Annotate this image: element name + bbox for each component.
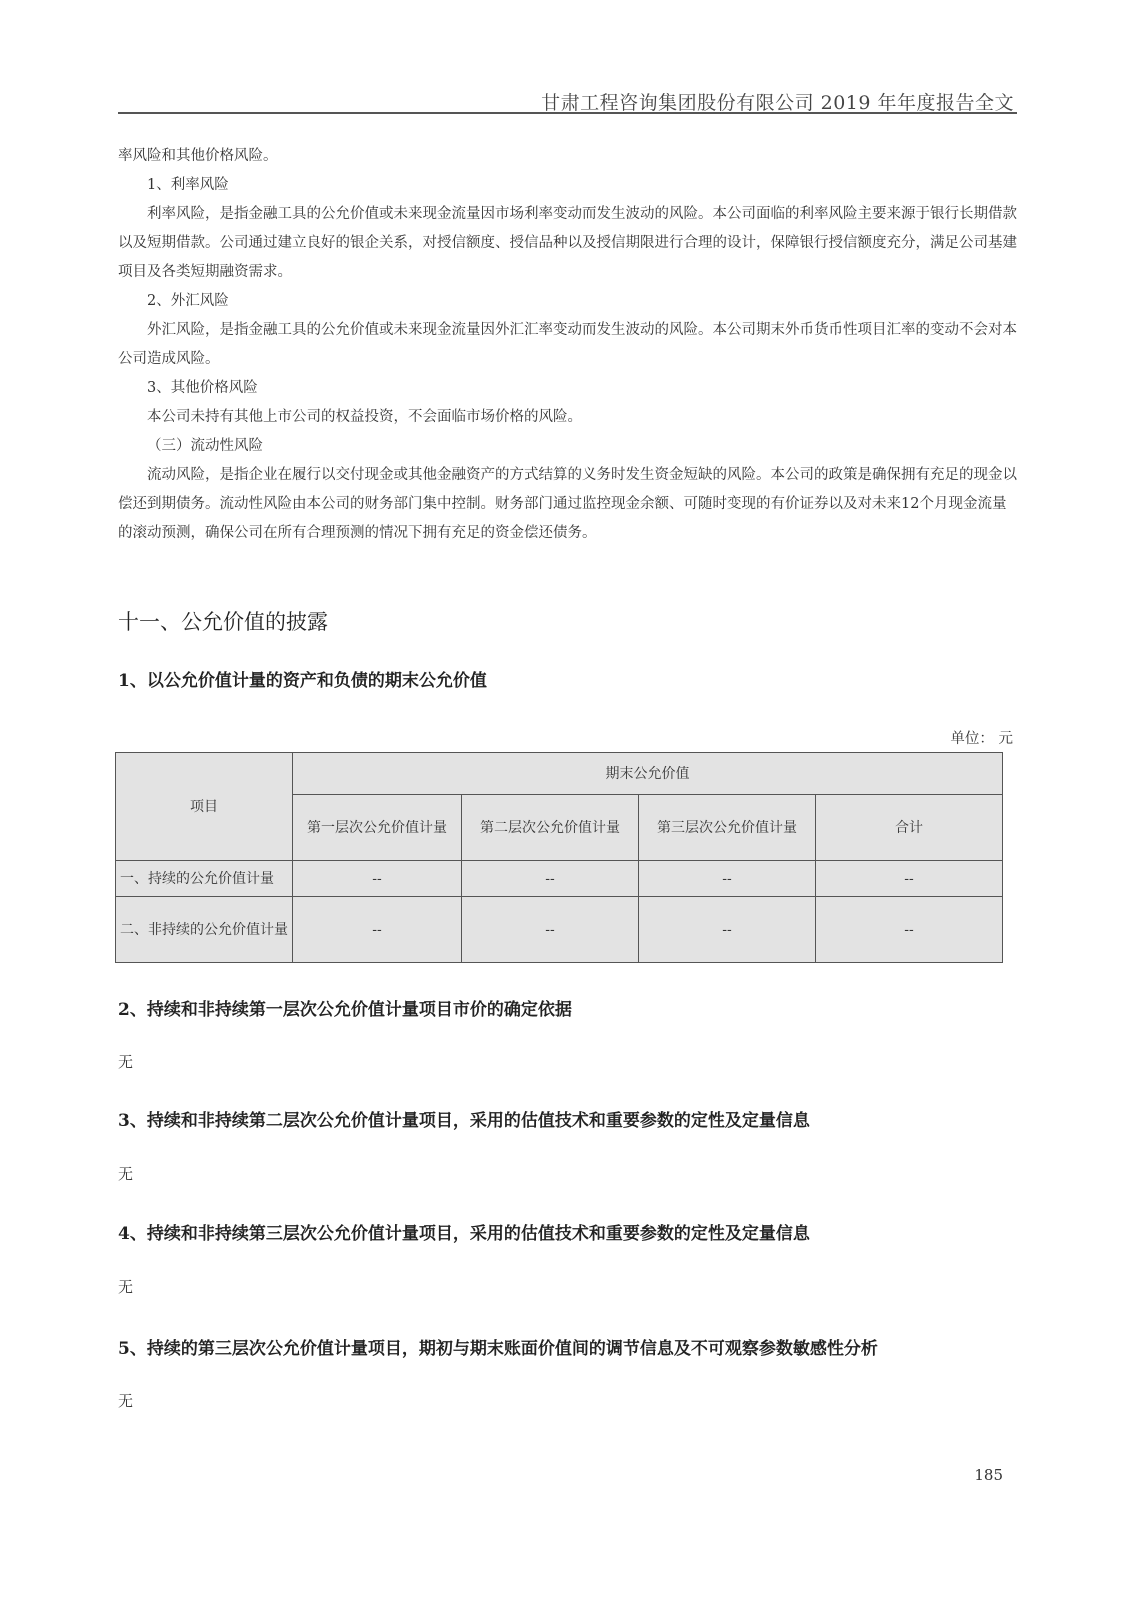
risk-subheading-liquidity: （三）流动性风险 bbox=[118, 432, 1018, 461]
cell-value: -- bbox=[816, 861, 1003, 897]
table-row: 一、持续的公允价值计量 -- -- -- -- bbox=[116, 861, 1003, 897]
risk-paragraph-fx: 外汇风险，是指金融工具的公允价值或未来现金流量因外汇汇率变动而发生波动的风险。本… bbox=[118, 316, 1018, 374]
cell-value: -- bbox=[293, 861, 462, 897]
row-label: 二、非持续的公允价值计量 bbox=[116, 897, 293, 963]
table-header-group: 期末公允价值 bbox=[293, 753, 1003, 795]
cell-value: -- bbox=[462, 897, 639, 963]
risk-subheading-interest: 1、利率风险 bbox=[118, 171, 1018, 200]
cell-value: -- bbox=[293, 897, 462, 963]
unit-label: 单位： 元 bbox=[950, 727, 1013, 748]
subsection-body-3: 无 bbox=[118, 1163, 133, 1184]
page-number: 185 bbox=[974, 1466, 1003, 1484]
table-header-level2: 第二层次公允价值计量 bbox=[462, 795, 639, 861]
risk-section: 率风险和其他价格风险。 1、利率风险 利率风险，是指金融工具的公允价值或未来现金… bbox=[118, 142, 1018, 548]
cell-value: -- bbox=[816, 897, 1003, 963]
risk-subheading-fx: 2、外汇风险 bbox=[118, 287, 1018, 316]
risk-paragraph-other-price: 本公司未持有其他上市公司的权益投资，不会面临市场价格的风险。 bbox=[118, 403, 1018, 432]
section-title: 十一、公允价值的披露 bbox=[118, 606, 328, 636]
risk-paragraph-interest: 利率风险，是指金融工具的公允价值或未来现金流量因市场利率变动而发生波动的风险。本… bbox=[118, 200, 1018, 287]
risk-paragraph-liquidity: 流动风险，是指企业在履行以交付现金或其他金融资产的方式结算的义务时发生资金短缺的… bbox=[118, 461, 1018, 548]
table-header-item: 项目 bbox=[116, 753, 293, 861]
table-header-level3: 第三层次公允价值计量 bbox=[639, 795, 816, 861]
subsection-body-2: 无 bbox=[118, 1051, 133, 1072]
subsection-body-5: 无 bbox=[118, 1390, 133, 1411]
risk-subheading-other-price: 3、其他价格风险 bbox=[118, 374, 1018, 403]
subsection-title-5: 5、持续的第三层次公允价值计量项目，期初与期末账面价值间的调节信息及不可观察参数… bbox=[118, 1334, 878, 1359]
table-header-total: 合计 bbox=[816, 795, 1003, 861]
subsection-title-4: 4、持续和非持续第三层次公允价值计量项目，采用的估值技术和重要参数的定性及定量信… bbox=[118, 1219, 810, 1244]
cell-value: -- bbox=[462, 861, 639, 897]
table-row: 二、非持续的公允价值计量 -- -- -- -- bbox=[116, 897, 1003, 963]
header-divider bbox=[118, 112, 1017, 114]
cell-value: -- bbox=[639, 897, 816, 963]
cell-value: -- bbox=[639, 861, 816, 897]
fair-value-table: 项目 期末公允价值 第一层次公允价值计量 第二层次公允价值计量 第三层次公允价值… bbox=[115, 752, 1003, 963]
subsection-title-1: 1、以公允价值计量的资产和负债的期末公允价值 bbox=[118, 666, 487, 691]
subsection-body-4: 无 bbox=[118, 1276, 133, 1297]
report-title: 甘肃工程咨询集团股份有限公司 2019 年年度报告全文 bbox=[541, 88, 1014, 115]
subsection-title-2: 2、持续和非持续第一层次公允价值计量项目市价的确定依据 bbox=[118, 995, 572, 1020]
table-header-level1: 第一层次公允价值计量 bbox=[293, 795, 462, 861]
subsection-title-3: 3、持续和非持续第二层次公允价值计量项目，采用的估值技术和重要参数的定性及定量信… bbox=[118, 1106, 810, 1131]
row-label: 一、持续的公允价值计量 bbox=[116, 861, 293, 897]
risk-line: 率风险和其他价格风险。 bbox=[118, 142, 1018, 171]
